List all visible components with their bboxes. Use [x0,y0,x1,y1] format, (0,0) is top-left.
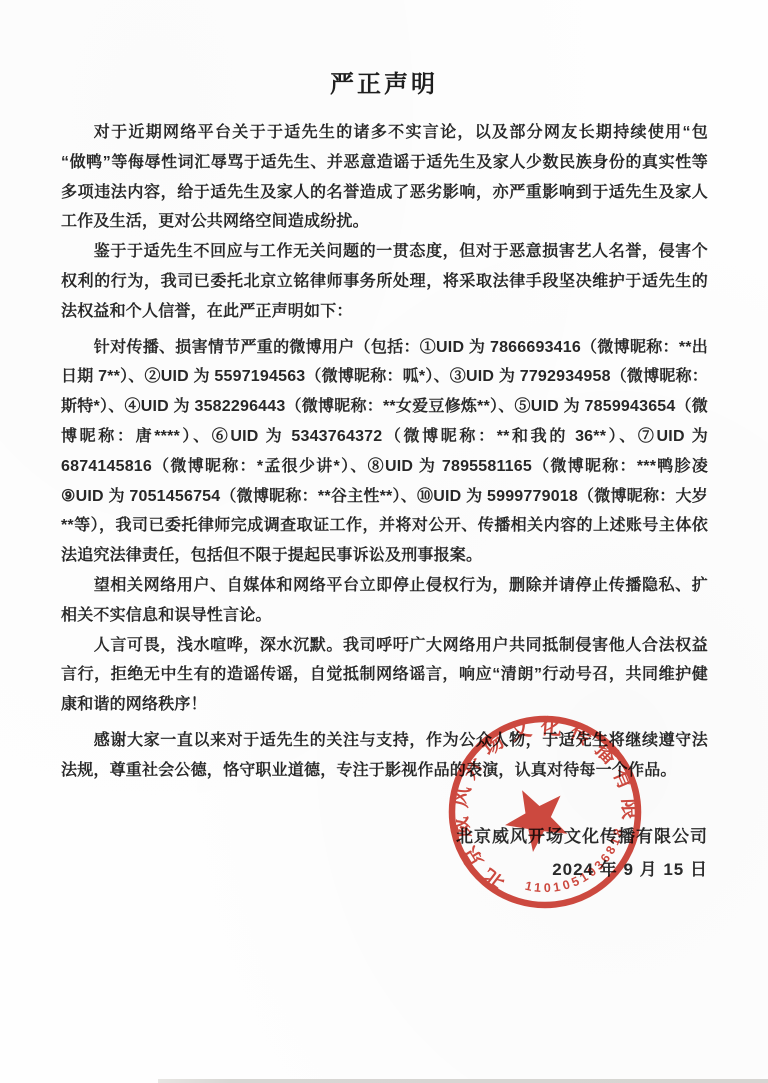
paragraph-line: 法追究法律责任，包括但不限于提起民事诉讼及刑事报案。 [61,541,708,571]
paragraph: 人言可畏，浅水喧哗，深水沉默。我司呼吁广大网络用户共同抵制侵害他人合法权益的言行… [61,631,708,720]
document-body: 对于近期网络平台关于于适先生的诸多不实言论，以及部分网友长期持续使用“包养”、“… [61,118,708,786]
paragraph-line: 鉴于于适先生不回应与工作无关问题的一贯态度，但对于恶意损害艺人名誉，侵害个人 [61,237,708,267]
paragraph-line: 博昵称：唐****）、⑥UID 为 5343764372（微博昵称：**和我的 … [61,422,708,452]
signature-date: 2024 年 9 月 15 日 [456,852,708,888]
paragraph-line: “做鸭”等侮辱性词汇辱骂于适先生、并恶意造谣于适先生及家人少数民族身份的真实性等 [61,148,708,178]
paragraph-line: 言行，拒绝无中生有的造谣传谣，自觉抵制网络谣言，响应“清朗”行动号召，共同维护健 [61,660,708,690]
paragraph-line: 法权益和个人信誉，在此严正声明如下： [61,297,708,327]
paragraph: 鉴于于适先生不回应与工作无关问题的一贯态度，但对于恶意损害艺人名誉，侵害个人权利… [61,237,708,326]
paragraph-line: 日期 7**）、②UID 为 5597194563（微博昵称：呱*）、③UID … [61,362,708,392]
statement-document-page: 严正声明 对于近期网络平台关于于适先生的诸多不实言论，以及部分网友长期持续使用“… [0,0,768,1083]
paragraph-line: 望相关网络用户、自媒体和网络平台立即停止侵权行为，删除并请停止传播隐私、扩散 [61,571,708,601]
paragraph-line: 工作及生活，更对公共网络空间造成纷扰。 [61,207,708,237]
document-title: 严正声明 [0,0,768,100]
paragraph: 针对传播、损害情节严重的微博用户（包括：①UID 为 7866693416（微博… [61,333,708,571]
signature-company: 北京威风开场文化传播有限公司 [456,822,708,852]
paragraph-line: 多项违法内容，给于适先生及家人的名誉造成了恶劣影响，亦严重影响到于适先生及家人的 [61,178,708,208]
paragraph-line: 针对传播、损害情节严重的微博用户（包括：①UID 为 7866693416（微博… [61,333,708,363]
paragraph-line: 相关不实信息和误导性言论。 [61,601,708,631]
paragraph-line: 斯特*）、④UID 为 3582296443（微博昵称：**女爱豆修炼**）、⑤… [61,392,708,422]
paragraph-line: ⑨UID 为 7051456754（微博昵称：**谷主性**）、⑩UID 为 5… [61,482,708,512]
paragraph-line: 感谢大家一直以来对于适先生的关注与支持，作为公众人物，于适先生将继续遵守法律 [61,726,708,756]
paragraph: 感谢大家一直以来对于适先生的关注与支持，作为公众人物，于适先生将继续遵守法律法规… [61,726,708,786]
paragraph: 对于近期网络平台关于于适先生的诸多不实言论，以及部分网友长期持续使用“包养”、“… [61,118,708,237]
paragraph-line: 权利的行为，我司已委托北京立铭律师事务所处理，将采取法律手段坚决维护于适先生的合 [61,267,708,297]
paragraph-line: 康和谐的网络秩序！ [61,690,708,720]
paragraph: 望相关网络用户、自媒体和网络平台立即停止侵权行为，删除并请停止传播隐私、扩散相关… [61,571,708,631]
paragraph-line: 法规，尊重社会公德，恪守职业道德，专注于影视作品的表演，认真对待每一个作品。 [61,756,708,786]
paragraph-line: 对于近期网络平台关于于适先生的诸多不实言论，以及部分网友长期持续使用“包养”、 [61,118,708,148]
signature-block: 北京威风开场文化传播有限公司 2024 年 9 月 15 日 [456,822,708,888]
paragraph-line: 6874145816（微博昵称：*孟很少讲*）、⑧UID 为 789558116… [61,452,708,482]
paragraph-line: 人言可畏，浅水喧哗，深水沉默。我司呼吁广大网络用户共同抵制侵害他人合法权益的 [61,631,708,661]
paragraph-line: **等），我司已委托律师完成调查取证工作，并将对公开、传播相关内容的上述账号主体… [61,511,708,541]
scan-edge-shadow [158,1079,768,1083]
